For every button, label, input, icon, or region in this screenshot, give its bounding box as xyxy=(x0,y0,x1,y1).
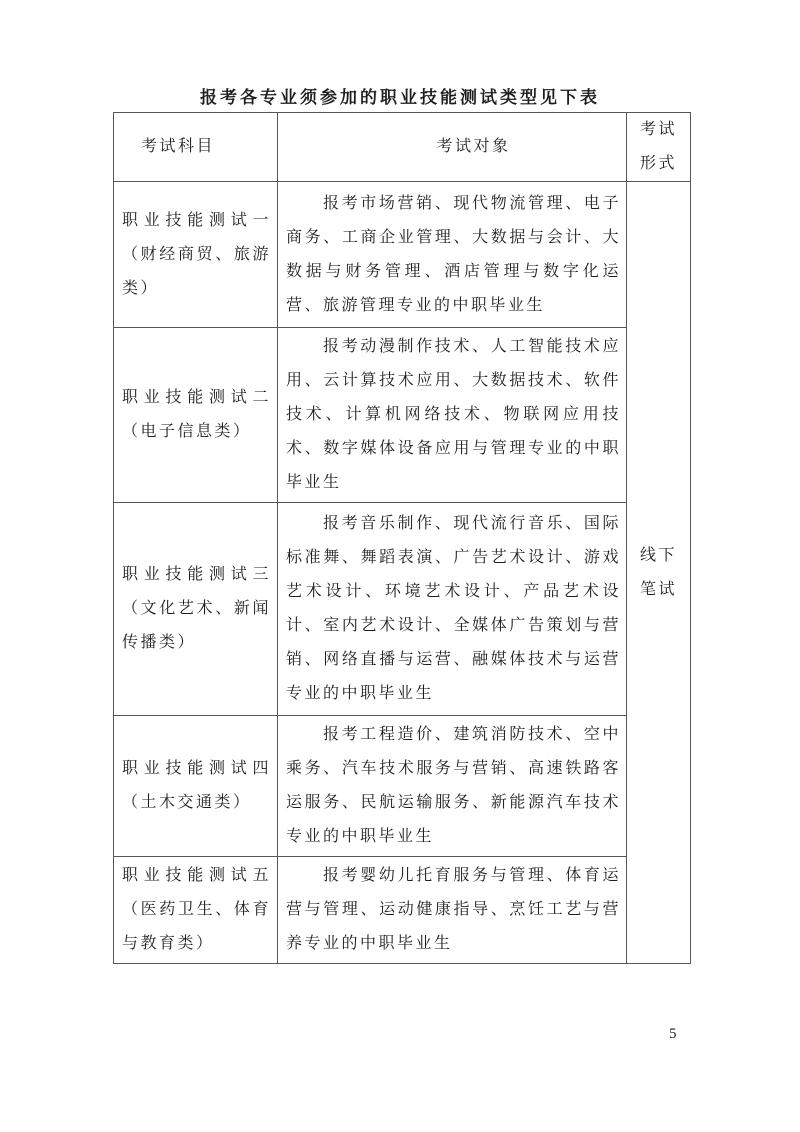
table-row: 职业技能测试三（文化艺术、新闻传播类） 报考音乐制作、现代流行音乐、国际标准舞、… xyxy=(114,503,691,716)
subject-cell: 职业技能测试三（文化艺术、新闻传播类） xyxy=(114,503,278,716)
header-cell-subject: 考试科目 xyxy=(114,113,278,182)
target-cell: 报考动漫制作技术、人工智能技术应用、云计算技术应用、大数据技术、软件技术、计算机… xyxy=(278,328,627,503)
target-cell: 报考市场营销、现代物流管理、电子商务、工商企业管理、大数据与会计、大数据与财务管… xyxy=(278,182,627,328)
subject-cell: 职业技能测试二（电子信息类） xyxy=(114,328,278,503)
subject-cell: 职业技能测试五（医药卫生、体育与教育类） xyxy=(114,857,278,964)
page-number: 5 xyxy=(669,1026,677,1043)
header-cell-target: 考试对象 xyxy=(278,113,627,182)
format-merged-cell: 线下笔试 xyxy=(627,182,691,964)
subject-cell: 职业技能测试四（土木交通类） xyxy=(114,716,278,857)
target-cell: 报考婴幼儿托育服务与管理、体育运营与管理、运动健康指导、烹饪工艺与营养专业的中职… xyxy=(278,857,627,964)
table-row: 职业技能测试四（土木交通类） 报考工程造价、建筑消防技术、空中乘务、汽车技术服务… xyxy=(114,716,691,857)
table-row: 职业技能测试五（医药卫生、体育与教育类） 报考婴幼儿托育服务与管理、体育运营与管… xyxy=(114,857,691,964)
subject-cell: 职业技能测试一（财经商贸、旅游类） xyxy=(114,182,278,328)
table-title: 报考各专业须参加的职业技能测试类型见下表 xyxy=(0,83,800,108)
target-cell: 报考工程造价、建筑消防技术、空中乘务、汽车技术服务与营销、高速铁路客运服务、民航… xyxy=(278,716,627,857)
table-row: 职业技能测试一（财经商贸、旅游类） 报考市场营销、现代物流管理、电子商务、工商企… xyxy=(114,182,691,328)
table-row: 职业技能测试二（电子信息类） 报考动漫制作技术、人工智能技术应用、云计算技术应用… xyxy=(114,328,691,503)
header-cell-format: 考试形式 xyxy=(627,113,691,182)
exam-type-table: 考试科目 考试对象 考试形式 职业技能测试一（财经商贸、旅游类） 报考市场营销、… xyxy=(113,112,691,964)
header-row: 考试科目 考试对象 考试形式 xyxy=(114,113,691,182)
target-cell: 报考音乐制作、现代流行音乐、国际标准舞、舞蹈表演、广告艺术设计、游戏艺术设计、环… xyxy=(278,503,627,716)
document-page: 报考各专业须参加的职业技能测试类型见下表 考试科目 考试对象 考试形式 职业技能… xyxy=(0,0,800,1132)
